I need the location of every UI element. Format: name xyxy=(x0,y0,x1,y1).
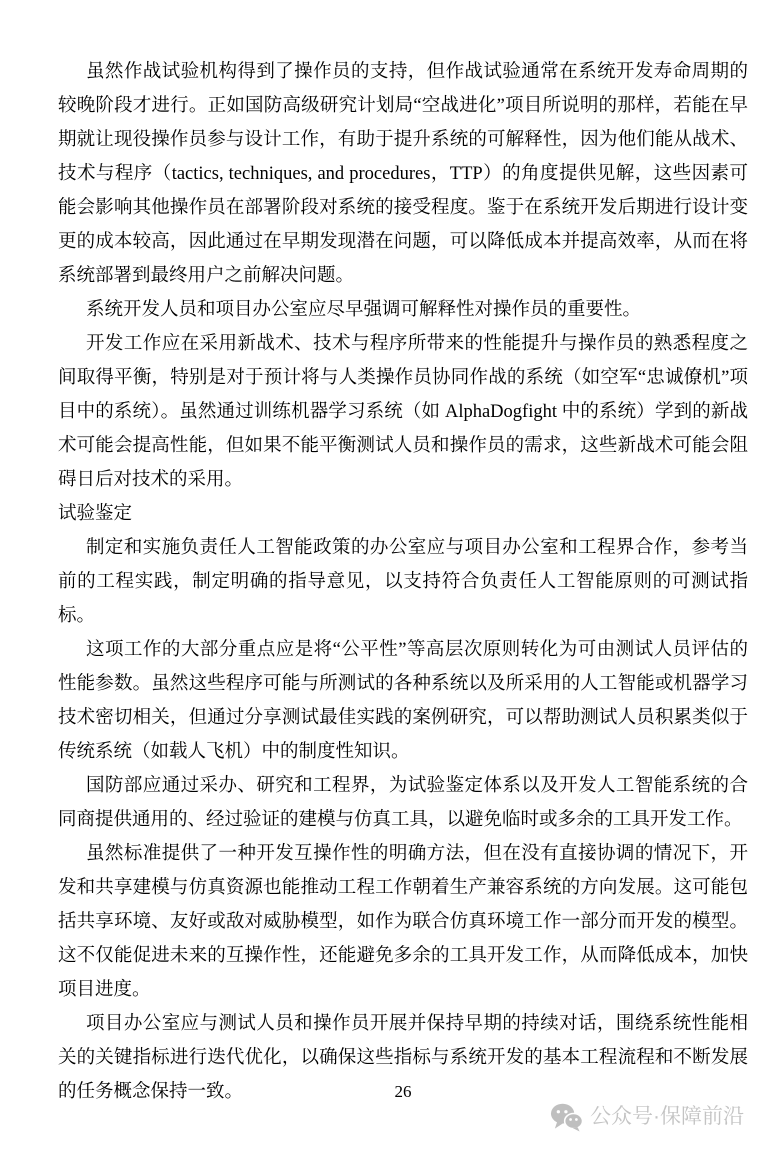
paragraph: 制定和实施负责任人工智能政策的办公室应与项目办公室和工程界合作，参考当前的工程实… xyxy=(58,531,748,633)
paragraph: 国防部应通过采办、研究和工程界，为试验鉴定体系以及开发人工智能系统的合同商提供通… xyxy=(58,769,748,837)
paragraph: 虽然作战试验机构得到了操作员的支持，但作战试验通常在系统开发寿命周期的较晚阶段才… xyxy=(58,55,748,293)
watermark-text: 公众号·保障前沿 xyxy=(590,1101,744,1133)
page-number: 26 xyxy=(395,1082,412,1101)
document-page: 虽然作战试验机构得到了操作员的支持，但作战试验通常在系统开发寿命周期的较晚阶段才… xyxy=(0,0,757,1149)
section-heading: 试验鉴定 xyxy=(58,497,748,531)
paragraph: 系统开发人员和项目办公室应尽早强调可解释性对操作员的重要性。 xyxy=(58,293,748,327)
paragraph: 这项工作的大部分重点应是将“公平性”等高层次原则转化为可由测试人员评估的性能参数… xyxy=(58,633,748,769)
document-body: 虽然作战试验机构得到了操作员的支持，但作战试验通常在系统开发寿命周期的较晚阶段才… xyxy=(58,55,748,1109)
watermark: 公众号·保障前沿 xyxy=(550,1101,744,1133)
page-footer: 26 xyxy=(58,1082,748,1102)
paragraph: 开发工作应在采用新战术、技术与程序所带来的性能提升与操作员的熟悉程度之间取得平衡… xyxy=(58,327,748,497)
wechat-icon xyxy=(550,1102,583,1132)
paragraph: 虽然标准提供了一种开发互操作性的明确方法，但在没有直接协调的情况下，开发和共享建… xyxy=(58,837,748,1007)
